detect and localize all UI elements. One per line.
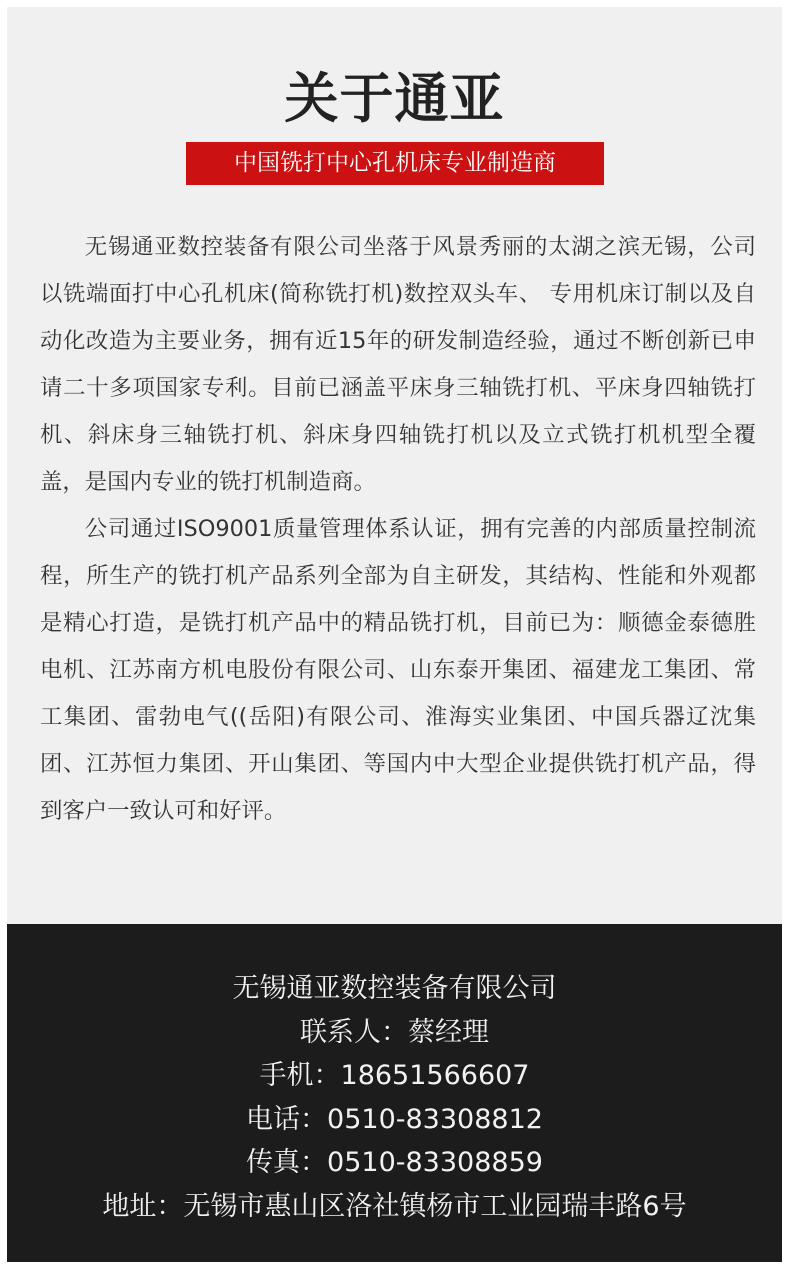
about-section: 关于通亚 中国铣打中心孔机床专业制造商 无锡通亚数控装备有限公司坐落于风景秀丽的… — [7, 7, 782, 924]
company-name: 无锡通亚数控装备有限公司 — [7, 967, 782, 1011]
fax-number: 传真：0510-83308859 — [7, 1141, 782, 1185]
contact-person: 联系人：蔡经理 — [7, 1011, 782, 1055]
about-paragraph-1: 无锡通亚数控装备有限公司坐落于风景秀丽的太湖之滨无锡，公司以铣端面打中心孔机床(… — [40, 224, 756, 506]
phone-number: 电话：0510-83308812 — [7, 1098, 782, 1142]
page-title: 关于通亚 — [7, 67, 782, 131]
tagline-banner: 中国铣打中心孔机床专业制造商 — [186, 142, 604, 185]
mobile-number: 手机：18651566607 — [7, 1054, 782, 1098]
address: 地址：无锡市惠山区洛社镇杨市工业园瑞丰路6号 — [7, 1185, 782, 1229]
contact-footer: 无锡通亚数控装备有限公司 联系人：蔡经理 手机：18651566607 电话：0… — [7, 924, 782, 1262]
about-paragraph-2: 公司通过ISO9001质量管理体系认证，拥有完善的内部质量控制流程，所生产的铣打… — [40, 506, 756, 835]
contact-info: 无锡通亚数控装备有限公司 联系人：蔡经理 手机：18651566607 电话：0… — [7, 967, 782, 1228]
about-body: 无锡通亚数控装备有限公司坐落于风景秀丽的太湖之滨无锡，公司以铣端面打中心孔机床(… — [40, 224, 756, 835]
